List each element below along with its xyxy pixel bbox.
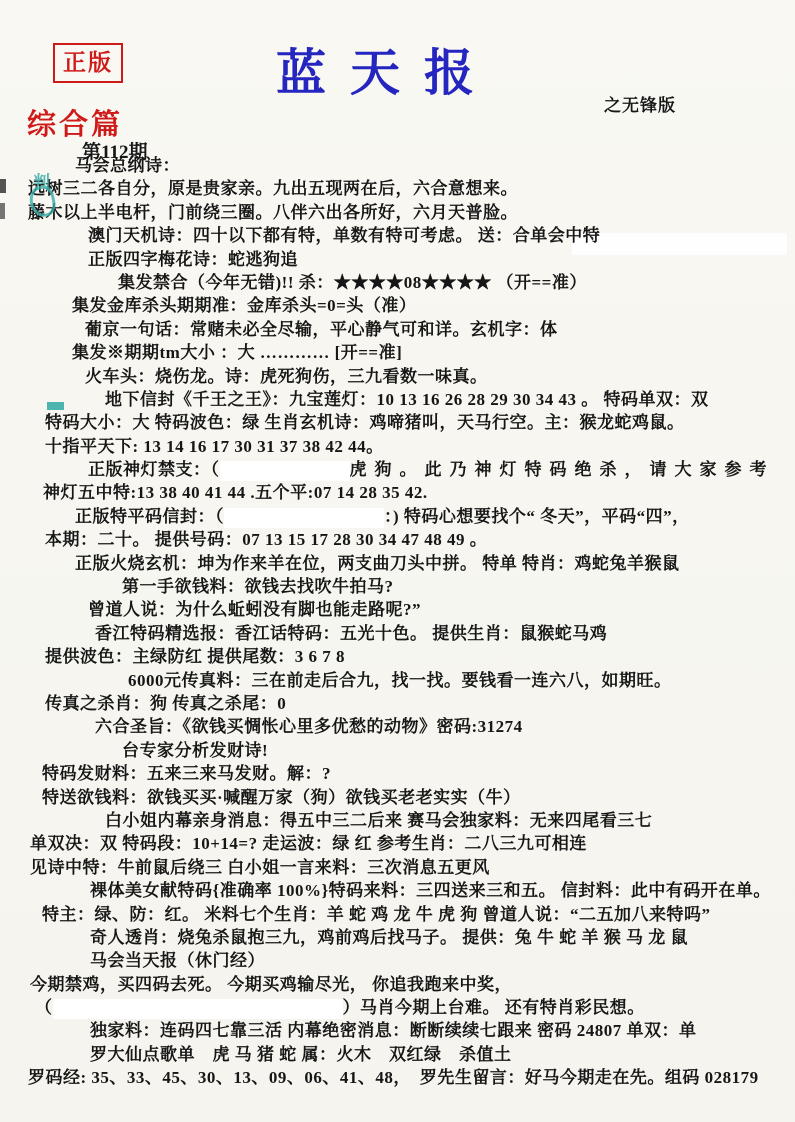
line-prefix: 正版特平码信封：（ (75, 507, 224, 526)
text-line: 曾道人说：为什么蚯蚓没有脚也能走路呢?” (88, 598, 795, 621)
text-line: 十指平天下: 13 14 16 17 30 31 37 38 42 44。 (45, 435, 795, 458)
text-line: 第一手欲钱料：欲钱去找吹牛拍马? (122, 575, 795, 598)
scan-edge-artifact (0, 203, 5, 219)
text-line-stars: 集发禁合（今年无错)!! 杀：★★★★08★★★★ （开==准） (118, 271, 795, 294)
text-line: 远树三二各自分，原是贵家亲。九出五现两在后，六合意想来。 (28, 177, 795, 200)
text-line: 正版四字梅花诗：蛇逃狗追 (88, 248, 795, 271)
text-line: 马会当天报（休门经） (90, 949, 795, 972)
text-line: 今期禁鸡，买四码去死。 今期买鸡输尽光， 你追我跑来中奖， (30, 973, 795, 996)
text-line: 台专家分析发财诗! (122, 739, 795, 762)
text-line: 集发※期期tm大小 ：大 ………… [开==准] (72, 341, 795, 364)
text-line: 单双决：双 特码段：10+14=? 走运波：绿 红 参考生肖：二八三九可相连 (30, 832, 795, 855)
newspaper-page: 正版 蓝天报 之无锋版 综合篇 第112期 判 马会总纲诗： 远树三二各自分，原… (0, 0, 795, 1122)
whiteout-gap (224, 508, 384, 528)
text-line: 集发金库杀头期期准：金库杀头=0=头（准） (72, 294, 795, 317)
authentic-stamp-badge: 正版 (53, 43, 123, 83)
text-line: 奇人透肖：烧兔杀鼠抱三九，鸡前鸡后找马子。 提供：兔 牛 蛇 羊 猴 马 龙 鼠 (90, 926, 795, 949)
text-line: 葡京一句话：常赌未必全尽输，平心静气可和详。玄机字：体 (85, 318, 795, 341)
scan-edge-artifact (0, 179, 6, 193)
text-line: 神灯五中特:13 38 40 41 44 .五个平:07 14 28 35 42… (43, 481, 795, 504)
whiteout-gap (220, 461, 350, 481)
tips-text-block: 马会总纲诗： 远树三二各自分，原是贵家亲。九出五现两在后，六合意想来。 藤木以上… (0, 154, 795, 1090)
text-line-with-whiteout: （）马肖今期上台难。 还有特肖彩民想。 (35, 996, 795, 1019)
line-suffix: ）马肖今期上台难。 还有特肖彩民想。 (343, 998, 645, 1017)
text-line: 见诗中特：牛前鼠后绕三 白小姐一言来料：三次消息五更风 (30, 856, 795, 879)
text-line: 火车头：烧伤龙。诗：虎死狗伤，三九看数一味真。 (85, 365, 795, 388)
line-prefix: 正版神灯禁支：（ (88, 460, 220, 479)
text-line: 6000元传真料：三在前走后合九，找一找。要钱看一连六八，如期旺。 (128, 669, 795, 692)
text-line: 特主：绿、防：红。 米料七个生肖：羊 蛇 鸡 龙 牛 虎 狗 曾道人说：“二五加… (42, 903, 795, 926)
text-line: 独家料：连码四七靠三活 内幕绝密消息：断断续续七跟来 密码 24807 单双：单 (90, 1019, 795, 1042)
page-title: 蓝天报 (276, 33, 498, 105)
text-line: 六合圣旨：《欲钱买惆怅心里多优愁的动物》密码:31274 (95, 715, 795, 738)
text-line: 罗码经: 35、33、45、30、13、09、06、41、48， 罗先生留言：好… (28, 1066, 795, 1089)
text-line: 裸体美女献特码{准确率 100%}特码来料：三四送来三和五。 信封料：此中有码开… (90, 879, 795, 902)
edition-label: 之无锋版 (604, 91, 676, 116)
text-line: 本期：二十。 提供号码：07 13 15 17 28 30 34 47 48 4… (45, 528, 795, 551)
text-line: 马会总纲诗： (75, 154, 795, 177)
text-line: 特送欲钱料：欲钱买买·喊醒万家（狗）欲钱买老老实实（牛） (42, 786, 795, 809)
text-line: 特码发财料：五来三来马发财。解：? (42, 762, 795, 785)
text-line: 提供波色：主绿防红 提供尾数：3 6 7 8 (45, 645, 795, 668)
text-line-with-whiteout: 正版特平码信封：（：) 特码心想要找个“ 冬天”，平码“四”， (75, 505, 795, 528)
text-line: 香江特码精选报：香江话特码：五光十色。 提供生肖：鼠猴蛇马鸡 (95, 622, 795, 645)
text-line: 地下信封《千王之王》：九宝莲灯：10 13 16 26 28 29 30 34 … (105, 388, 795, 411)
whiteout-gap (53, 999, 343, 1019)
text-line: 传真之杀肖：狗 传真之杀尾：0 (45, 692, 795, 715)
line-prefix: （ (35, 998, 53, 1017)
text-line: 罗大仙点歌单 虎 马 猪 蛇 属：火木 双红绿 杀值土 (90, 1043, 795, 1066)
text-line: 澳门天机诗：四十以下都有特，单数有特可考虑。 送：合单会中特 (88, 224, 795, 247)
teal-scan-mark (47, 402, 64, 410)
text-line: 特码大小：大 特码波色：绿 生肖玄机诗：鸡啼猪叫，天马行空。主：猴龙蛇鸡鼠。 (45, 411, 795, 434)
text-line: 白小姐内幕亲身消息：得五中三二后来 赛马会独家料：无来四尾看三七 (105, 809, 795, 832)
text-line: 藤木以上半电杆，门前绕三圈。八伴六出各所好，六月天普脸。 (28, 201, 795, 224)
text-line-with-whiteout: 正版神灯禁支：（虎狗。此乃神灯特码绝杀，请大家参考 (88, 458, 795, 481)
line-suffix: 虎狗。此乃神灯特码绝杀，请大家参考 (350, 460, 775, 479)
line-suffix: ：) 特码心想要找个“ 冬天”，平码“四”， (384, 507, 690, 526)
text-line: 正版火烧玄机：坤为作来羊在位，两支曲刀头中拼。 特单 特肖：鸡蛇兔羊猴鼠 (75, 552, 795, 575)
